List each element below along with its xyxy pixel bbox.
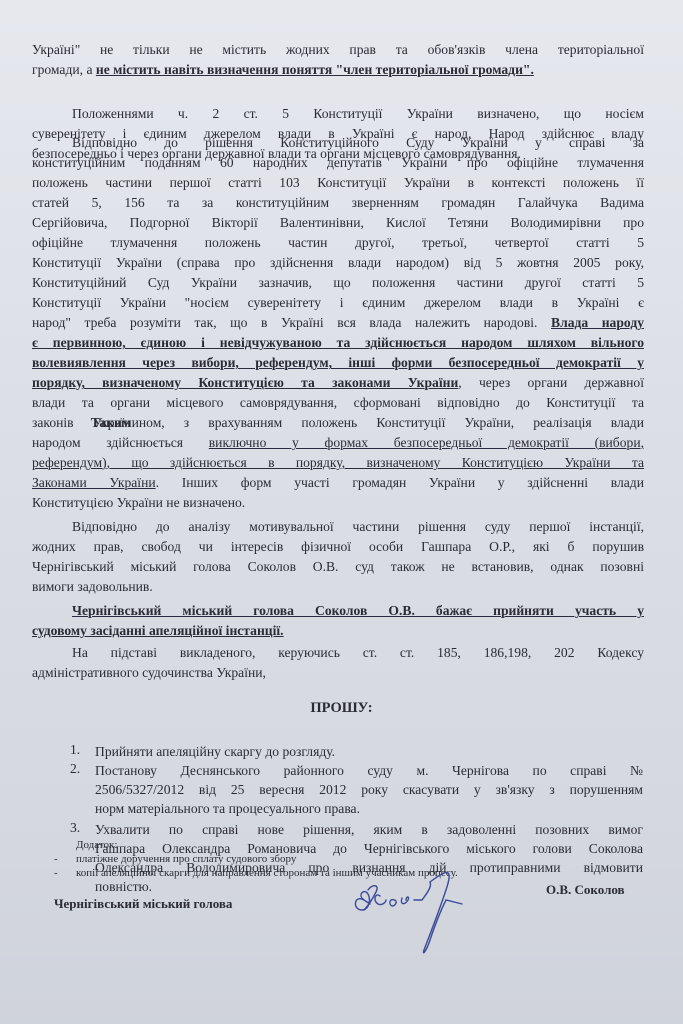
basis-line-1: На підставі викладеного, керуючись ст. с… [72, 643, 644, 663]
court-underline-1: виключно у формах безпосередньої демокра… [209, 435, 644, 450]
analysis-line-3: Чернігівський міський голова Соколов О.В… [32, 557, 644, 577]
intro-line-2: громади, а не містить навіть визначення … [32, 60, 644, 80]
analysis-line-2: жодних прав, свобод чи інтересів фізично… [32, 537, 644, 557]
participation-line-2: судовому засіданні апеляційної інстанції… [32, 621, 644, 641]
intro-emphasis: не містить навіть визначення поняття "чл… [96, 62, 534, 77]
request-number: 3. [70, 820, 80, 836]
court-line-16-plain: народом здійснюється [32, 435, 209, 450]
court-line-7: Конституції України (справа про здійснен… [32, 253, 644, 273]
bullet-icon: - [54, 852, 58, 866]
court-line-10: народ" треба розуміти так, що в Україні … [32, 313, 644, 333]
court-underline-2: референдум), що здійснюється в порядку, … [32, 453, 644, 473]
court-line-6: офіційне тлумачення положень частин друг… [32, 233, 644, 253]
court-emphasis-line-11: є первинною, єдиною і невідчужуваною та … [32, 333, 644, 353]
document-page: Україні" не тільки не містить жодних пра… [0, 0, 683, 1024]
court-line-18: Законами України. Інших форм участі гром… [32, 473, 644, 493]
court-line-16: народом здійснюється виключно у формах б… [32, 433, 644, 453]
overprinted-text: УкраїнТаким [93, 413, 132, 433]
request-text: Прийняти апеляційну скаргу до розгляду. [95, 742, 643, 761]
court-emphasis-line-12: волевиявлення через вибори, референдум, … [32, 353, 644, 373]
sovereignty-line-1: Положеннями ч. 2 ст. 5 Конституції Украї… [72, 104, 644, 124]
court-line-3: положень частини першої статті 103 Конст… [32, 173, 644, 193]
attachments-title: Додаток: [76, 838, 117, 852]
court-underline-3: Законами України [32, 475, 156, 490]
intro-line-2-plain: громади, а [32, 62, 96, 77]
court-emphasis-start: Влада народу [551, 315, 644, 330]
court-line-15-b: ином, з врахуванням положень Конституції… [132, 415, 644, 430]
court-line-13: порядку, визначеному Конституцією та зак… [32, 373, 644, 393]
court-line-9: Конституції України "носієм суверенітету… [32, 293, 644, 313]
bullet-icon: - [54, 866, 58, 880]
request-number: 1. [70, 742, 80, 758]
court-line-5: Сергійовича, Подгорної Вікторії Валентин… [32, 213, 644, 233]
request-text: Ухвалити по справі нове рішення, яким в … [95, 820, 643, 839]
court-line-13-plain: , через органи державної [458, 375, 644, 390]
analysis-line-4: вимоги задовольнив. [32, 577, 644, 597]
overprint-over: Таким [91, 413, 131, 433]
signatory-name: О.В. Соколов [546, 882, 625, 898]
request-text: 2506/5327/2012 від 25 вересня 2012 року … [95, 780, 643, 799]
request-text: норм матеріального та процесуального пра… [95, 799, 643, 818]
court-line-10-plain: народ" треба розуміти так, що в Україні … [32, 315, 551, 330]
court-line-14: влади та органи місцевого самоврядування… [32, 393, 644, 413]
handwritten-signature-icon [350, 870, 540, 960]
court-line-1: Відповідно до рішення Конституційного Су… [72, 133, 644, 153]
basis-line-2: адміністративного судочинства України, [32, 663, 644, 683]
court-line-4: статей 5, 156 та за конституційним зверн… [32, 193, 644, 213]
request-title: ПРОШУ: [0, 700, 683, 717]
court-line-15-a: законів [32, 415, 93, 430]
court-line-15: законів УкраїнТакимином, з врахуванням п… [32, 413, 644, 433]
intro-line-1: Україні" не тільки не містить жодних пра… [32, 40, 644, 60]
court-line-18-plain: . Інших форм участі громадян України у з… [156, 475, 644, 490]
analysis-line-1: Відповідно до аналізу мотивувальної част… [72, 517, 644, 537]
signatory-position: Чернігівський міський голова [54, 896, 232, 912]
court-line-19: Конституцією України не визначено. [32, 493, 644, 513]
attachment-item: платіжне доручення про сплату судового з… [76, 852, 296, 866]
participation-line-1: Чернігівський міський голова Соколов О.В… [72, 601, 644, 621]
court-line-2: конституційним поданням 60 народних депу… [32, 153, 644, 173]
request-number: 2. [70, 761, 80, 777]
request-text: Постанову Деснянського районного суду м.… [95, 761, 643, 780]
court-emphasis-end: порядку, визначеному Конституцією та зак… [32, 375, 458, 390]
court-line-8: Конституційний Суд України зазначив, що … [32, 273, 644, 293]
